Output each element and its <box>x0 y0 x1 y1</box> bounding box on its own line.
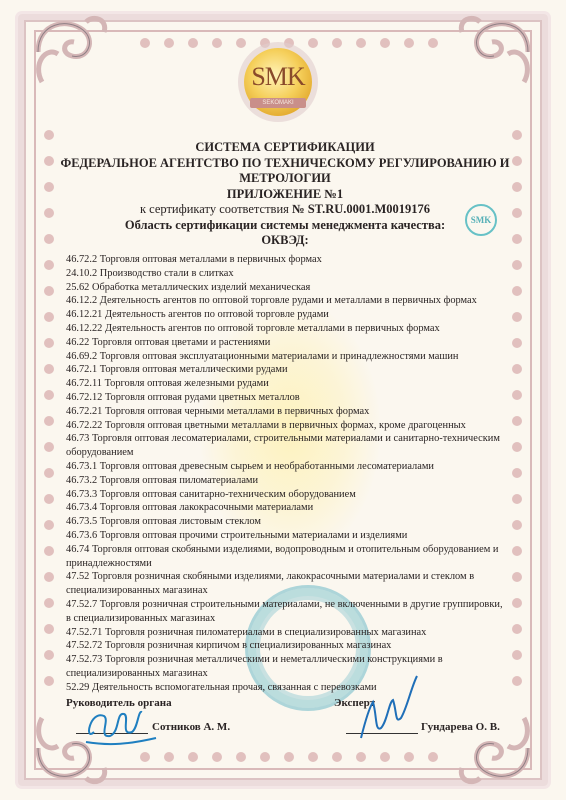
corner-ornament-icon <box>452 702 538 788</box>
okved-item: 46.72.11 Торговля оптовая железными руда… <box>66 377 506 391</box>
system-title: СИСТЕМА СЕРТИФИКАЦИИ <box>60 140 510 156</box>
okved-item: 46.72.1 Торговля оптовая металлическими … <box>66 363 506 377</box>
okved-item: 46.69.2 Торговля оптовая эксплуатационны… <box>66 350 506 364</box>
smk-logo: SMK SEKOMAKI <box>236 48 320 120</box>
okved-item: 46.72.2 Торговля оптовая металлами в пер… <box>66 253 506 267</box>
okved-item: 46.72.22 Торговля оптовая цветными метал… <box>66 419 506 433</box>
okved-item: 47.52.72 Торговля розничная кирпичом в с… <box>66 639 506 653</box>
okved-code-list: 46.72.2 Торговля оптовая металлами в пер… <box>66 253 506 695</box>
small-stamp-icon: SMK <box>465 204 497 236</box>
okved-label: ОКВЭД: <box>60 233 510 249</box>
certificate-number: № ST.RU.0001.M0019176 <box>292 202 430 216</box>
expert-signature-icon <box>355 672 435 742</box>
okved-item: 46.73.3 Торговля оптовая санитарно-техни… <box>66 488 506 502</box>
okved-item: 46.73.4 Торговля оптовая лакокрасочными … <box>66 501 506 515</box>
okved-item: 47.52.73 Торговля розничная металлически… <box>66 653 506 681</box>
logo-letters: SMK <box>236 62 320 92</box>
okved-item: 46.72.12 Торговля оптовая рудами цветных… <box>66 391 506 405</box>
okved-item: 46.12.22 Деятельность агентов по оптовой… <box>66 322 506 336</box>
okved-item: 46.22 Торговля оптовая цветами и растени… <box>66 336 506 350</box>
head-of-body-name: Сотников А. М. <box>152 721 230 733</box>
okved-item: 47.52 Торговля розничная скобяными издел… <box>66 570 506 598</box>
annex-title: ПРИЛОЖЕНИЕ №1 <box>60 187 510 203</box>
corner-ornament-icon <box>452 12 538 98</box>
document-header: СИСТЕМА СЕРТИФИКАЦИИ ФЕДЕРАЛЬНОЕ АГЕНТСТ… <box>60 140 510 249</box>
agency-title: ФЕДЕРАЛЬНОЕ АГЕНТСТВО ПО ТЕХНИЧЕСКОМУ РЕ… <box>60 156 510 187</box>
head-signature-icon <box>80 702 160 748</box>
okved-item: 46.73 Торговля оптовая лесоматериалами, … <box>66 432 506 460</box>
okved-item: 24.10.2 Производство стали в слитках <box>66 267 506 281</box>
certificate-annex-page: SMK SEKOMAKI СИСТЕМА СЕРТИФИКАЦИИ ФЕДЕРА… <box>0 0 566 800</box>
okved-item: 46.72.21 Торговля оптовая черными металл… <box>66 405 506 419</box>
okved-item: 46.12.2 Деятельность агентов по оптовой … <box>66 294 506 308</box>
okved-item: 46.12.21 Деятельность агентов по оптовой… <box>66 308 506 322</box>
certificate-reference: к сертификату соответствия № ST.RU.0001.… <box>60 202 510 218</box>
logo-subtitle: SEKOMAKI <box>250 98 306 108</box>
scope-title: Область сертификации системы менеджмента… <box>60 218 510 234</box>
okved-item: 46.73.2 Торговля оптовая пиломатериалами <box>66 474 506 488</box>
okved-item: 46.73.1 Торговля оптовая древесным сырье… <box>66 460 506 474</box>
okved-item: 46.73.6 Торговля оптовая прочими строите… <box>66 529 506 543</box>
okved-item: 47.52.71 Торговля розничная пиломатериал… <box>66 626 506 640</box>
okved-item: 25.62 Обработка металлических изделий ме… <box>66 281 506 295</box>
okved-item: 47.52.7 Торговля розничная строительными… <box>66 598 506 626</box>
okved-item: 52.29 Деятельность вспомогательная проча… <box>66 681 506 695</box>
okved-item: 46.73.5 Торговля оптовая листовым стекло… <box>66 515 506 529</box>
okved-item: 46.74 Торговля оптовая скобяными изделия… <box>66 543 506 571</box>
corner-ornament-icon <box>28 12 114 98</box>
